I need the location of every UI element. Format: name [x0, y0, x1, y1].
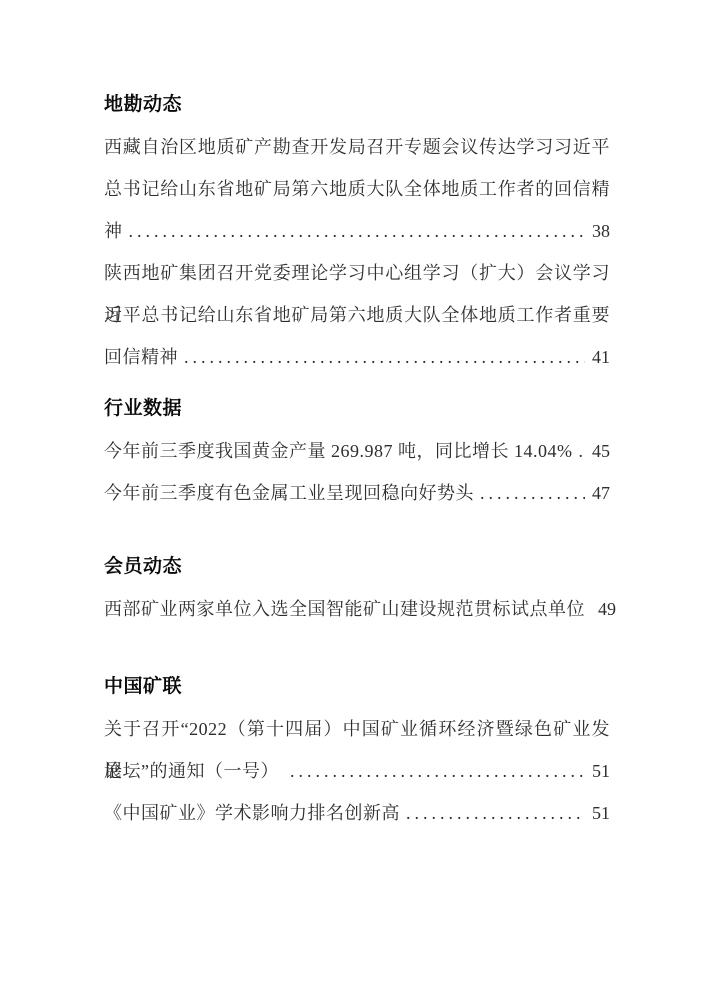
entry-text: 论坛”的通知（一号） — [104, 750, 284, 792]
page-number: 45 — [592, 430, 610, 472]
entry-text: 今年前三季度我国黄金产量 269.987 吨，同比增长 14.04% — [104, 430, 573, 472]
dot-leader: ........................................… — [474, 472, 585, 514]
toc-entry: 今年前三季度我国黄金产量 269.987 吨，同比增长 14.04% .....… — [104, 430, 610, 472]
toc-section-geology-news: 地勘动态 西藏自治区地质矿产勘查开发局召开专题会议传达学习习近平 总书记给山东省… — [104, 84, 610, 378]
toc-section-member-news: 会员动态 西部矿业两家单位入选全国智能矿山建设规范贯标试点单位 49 — [104, 546, 610, 630]
toc-entry: 今年前三季度有色金属工业呈现回稳向好势头 ...................… — [104, 472, 610, 514]
toc-entry: 《中国矿业》学术影响力排名创新高 .......................… — [104, 792, 610, 834]
entry-line: 论坛”的通知（一号） .............................… — [104, 750, 610, 792]
entry-text: 回信精神 — [104, 336, 178, 378]
entry-text: 神 — [104, 210, 123, 252]
toc-section-industry-data: 行业数据 今年前三季度我国黄金产量 269.987 吨，同比增长 14.04% … — [104, 388, 610, 514]
entry-text: 《中国矿业》学术影响力排名创新高 — [104, 792, 400, 834]
page-number: 51 — [592, 792, 610, 834]
entry-line: 关于召开“2022（第十四届）中国矿业循环经济暨绿色矿业发展 — [104, 708, 610, 750]
section-heading: 行业数据 — [104, 388, 610, 430]
page-number: 38 — [592, 210, 610, 252]
document-page: 地勘动态 西藏自治区地质矿产勘查开发局召开专题会议传达学习习近平 总书记给山东省… — [0, 0, 713, 995]
entry-line: 西藏自治区地质矿产勘查开发局召开专题会议传达学习习近平 — [104, 126, 610, 168]
dot-leader: ........................................… — [178, 336, 585, 378]
entry-line: 西部矿业两家单位入选全国智能矿山建设规范贯标试点单位 49 — [104, 588, 610, 630]
dot-leader: ........................................… — [284, 750, 585, 792]
page-number: 51 — [592, 750, 610, 792]
entry-line: 今年前三季度有色金属工业呈现回稳向好势头 ...................… — [104, 472, 610, 514]
page-number: 47 — [592, 472, 610, 514]
page-number: 49 — [598, 588, 616, 630]
dot-leader: ........................................… — [400, 792, 585, 834]
toc-entry: 关于召开“2022（第十四届）中国矿业循环经济暨绿色矿业发展 论坛”的通知（一号… — [104, 708, 610, 792]
page-number: 41 — [592, 336, 610, 378]
entry-line: 今年前三季度我国黄金产量 269.987 吨，同比增长 14.04% .....… — [104, 430, 610, 472]
entry-line: 《中国矿业》学术影响力排名创新高 .......................… — [104, 792, 610, 834]
section-heading: 地勘动态 — [104, 84, 610, 126]
dot-leader: ........................................… — [123, 210, 586, 252]
dot-leader: ........................................… — [573, 430, 586, 472]
entry-line: 回信精神 ...................................… — [104, 336, 610, 378]
toc-entry: 西部矿业两家单位入选全国智能矿山建设规范贯标试点单位 49 — [104, 588, 610, 630]
entry-line: 总书记给山东省地矿局第六地质大队全体地质工作者的回信精 — [104, 168, 610, 210]
entry-text: 西部矿业两家单位入选全国智能矿山建设规范贯标试点单位 — [104, 588, 585, 630]
entry-line: 神 ......................................… — [104, 210, 610, 252]
section-heading: 中国矿联 — [104, 666, 610, 708]
entry-line: 陕西地矿集团召开党委理论学习中心组学习（扩大）会议学习习 — [104, 252, 610, 294]
entry-text: 今年前三季度有色金属工业呈现回稳向好势头 — [104, 472, 474, 514]
toc-entry: 西藏自治区地质矿产勘查开发局召开专题会议传达学习习近平 总书记给山东省地矿局第六… — [104, 126, 610, 252]
toc-entry: 陕西地矿集团召开党委理论学习中心组学习（扩大）会议学习习 近平总书记给山东省地矿… — [104, 252, 610, 378]
toc-section-china-mining-association: 中国矿联 关于召开“2022（第十四届）中国矿业循环经济暨绿色矿业发展 论坛”的… — [104, 666, 610, 834]
entry-line: 近平总书记给山东省地矿局第六地质大队全体地质工作者重要 — [104, 294, 610, 336]
section-heading: 会员动态 — [104, 546, 610, 588]
